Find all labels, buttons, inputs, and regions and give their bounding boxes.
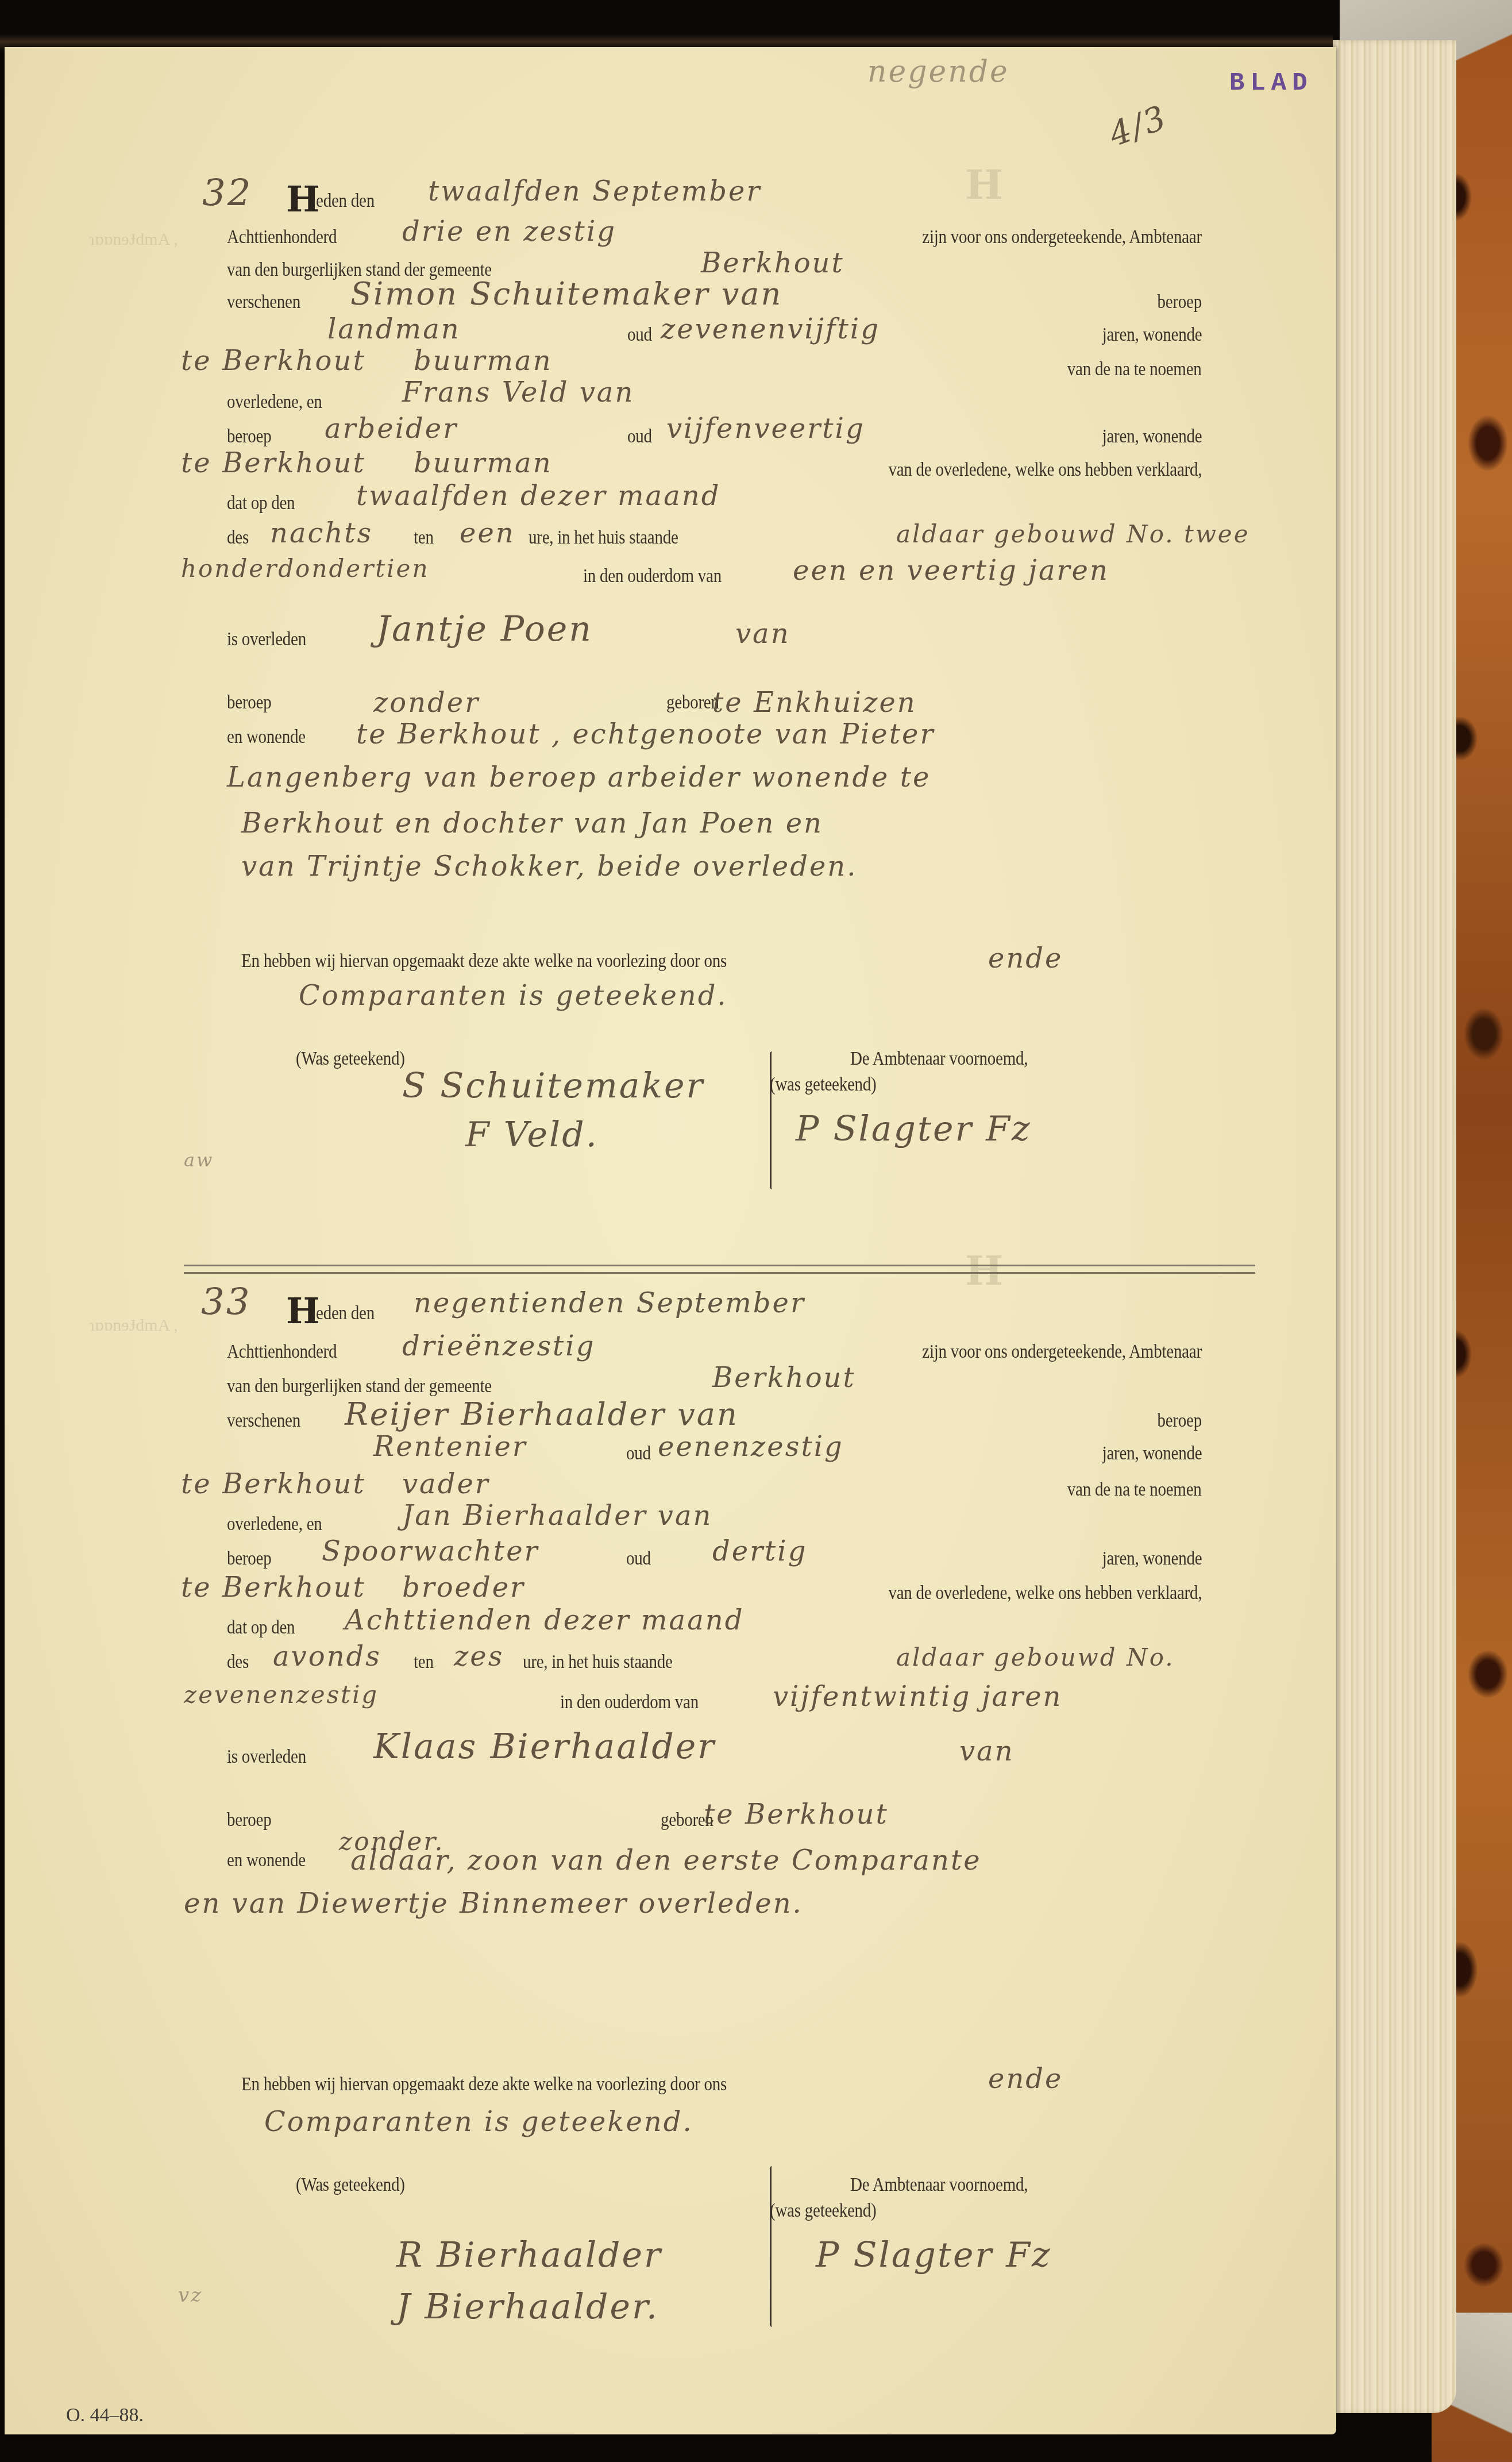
closing-ende: ende	[988, 942, 1063, 974]
informant2-age: dertig	[712, 1535, 807, 1567]
deceased-suffix: van	[959, 1735, 1015, 1767]
deceased-suffix: van	[735, 618, 790, 650]
label-zijn-voor-ons: zijn voor ons ondergeteekende, Ambtenaar	[923, 1342, 1202, 1363]
label-beroep-deceased: beroep	[227, 692, 271, 714]
record-number: 32	[202, 172, 252, 215]
informant1-name: Simon Schuitemaker van	[350, 276, 782, 312]
label-ouderdom: in den ouderdom van	[583, 566, 722, 587]
blad-stamp: BLAD	[1229, 69, 1313, 98]
label-zijn-voor-ons: zijn voor ons ondergeteekende, Ambtenaar	[923, 227, 1202, 248]
signature-official: P Slagter Fz	[796, 1109, 1032, 1149]
informant2-residence: te Berkhout	[181, 447, 366, 479]
label-jaren-wonende-2: jaren, wonende	[1102, 1548, 1202, 1570]
closing-comparanten: Comparanten is geteekend.	[264, 2106, 693, 2138]
label-beroep-deceased: beroep	[227, 1810, 271, 1831]
residence-line-3: Berkhout en dochter van Jan Poen en	[241, 807, 823, 839]
label-ambtenaar-voornoemd: De Ambtenaar voornoemd,	[850, 1049, 1028, 1070]
label-oud: oud	[626, 1443, 651, 1465]
residence-line-1: te Berkhout , echtgenoote van Pieter	[356, 718, 935, 750]
house-continued: honderdondertien	[181, 554, 429, 583]
label-oud-2: oud	[626, 1548, 651, 1570]
label-achttienhonderd: Achttienhonderd	[227, 227, 337, 248]
label-jaren-wonende: jaren, wonende	[1102, 1443, 1202, 1465]
signature-informant-1: S Schuitemaker	[402, 1066, 704, 1106]
house: aldaar gebouwd No.	[896, 1643, 1175, 1671]
year-words: drieënzestig	[402, 1330, 595, 1362]
label-ten: ten	[414, 1652, 434, 1673]
age-at-death: vijfentwintig jaren	[773, 1681, 1062, 1713]
time-of-day: nachts	[270, 517, 373, 549]
label-en-hebben: En hebben wij hiervan opgemaakt deze akt…	[241, 951, 727, 972]
label-heden-den: eden den	[316, 191, 375, 212]
label-ure-huis: ure, in het huis staande	[523, 1652, 673, 1673]
date-day: negentienden September	[414, 1287, 805, 1319]
label-en-wonende: en wonende	[227, 727, 306, 748]
margin-note: vz	[178, 2284, 203, 2307]
closing-ende: ende	[988, 2063, 1063, 2095]
informant2-age: vijfenveertig	[666, 413, 865, 445]
municipality: Berkhout	[701, 247, 844, 279]
label-na-te-noemen: van de na te noemen	[1067, 359, 1202, 380]
label-ambtenaar-voornoemd: De Ambtenaar voornoemd,	[850, 2175, 1028, 2196]
margin-note: aw	[184, 1149, 214, 1171]
house-continued: zevenenzestig	[184, 1681, 379, 1709]
bleed-through-text: ɿɒɒnɘɈdmA ,	[89, 1316, 178, 1335]
informant2-name: Frans Veld van	[402, 376, 634, 409]
informant2-name: Jan Bierhaalder van	[402, 1500, 713, 1532]
closing-comparanten: Comparanten is geteekend.	[299, 980, 728, 1012]
birthplace: te Enkhuizen	[712, 687, 917, 719]
informant2-residence: te Berkhout	[181, 1571, 366, 1604]
heden-initial: H	[286, 1290, 320, 1332]
residence-line-4: van Trijntje Schokker, beide overleden.	[241, 850, 858, 883]
label-was-geteekend-lower: (was geteekend)	[770, 1074, 877, 1096]
signature-brace	[770, 1051, 775, 1189]
label-achttienhonderd: Achttienhonderd	[227, 1342, 337, 1363]
residence-line-2: Langenberg van beroep arbeider wonende t…	[227, 761, 931, 793]
label-van-de-overledene: van de overledene, welke ons hebben verk…	[888, 1583, 1202, 1604]
informant1-residence: te Berkhout	[181, 1468, 366, 1500]
label-beroep: beroep	[1158, 1411, 1202, 1432]
folio-word: negende	[867, 55, 1009, 89]
informant1-occupation: Rentenier	[373, 1431, 527, 1463]
signature-informant-2: F Veld.	[465, 1115, 599, 1155]
house: aldaar gebouwd No. twee	[896, 520, 1250, 548]
label-is-overleden: is overleden	[227, 1747, 306, 1768]
deceased-occupation: zonder	[373, 687, 480, 719]
deceased-name: Jantje Poen	[376, 609, 593, 649]
page-fore-edge	[1333, 40, 1456, 2413]
year-words: drie en zestig	[402, 215, 616, 248]
label-des: des	[227, 527, 249, 549]
label-jaren-wonende-2: jaren, wonende	[1102, 426, 1202, 448]
label-ten: ten	[414, 527, 434, 549]
informant2-occupation: arbeider	[325, 413, 458, 445]
death-day: twaalfden dezer maand	[356, 480, 720, 512]
label-was-geteekend: (Was geteekend)	[296, 1049, 405, 1070]
label-oud: oud	[627, 325, 652, 346]
deceased-name: Klaas Bierhaalder	[373, 1727, 716, 1767]
date-day: twaalfden September	[428, 175, 761, 207]
hour: zes	[454, 1640, 504, 1673]
informant1-age: eenenzestig	[658, 1431, 844, 1463]
birthplace: te Berkhout	[704, 1798, 889, 1831]
signature-official: P Slagter Fz	[816, 2235, 1052, 2275]
record-number: 33	[201, 1281, 251, 1324]
informant1-name: Reijer Bierhaalder van	[345, 1396, 739, 1432]
label-was-geteekend: (Was geteekend)	[296, 2175, 405, 2196]
label-ure-huis: ure, in het huis staande	[529, 527, 678, 549]
bleed-through-text: ɿɒɒnɘɈdmA ,	[89, 230, 178, 249]
label-heden-den: eden den	[316, 1303, 375, 1324]
label-des: des	[227, 1652, 249, 1673]
informant2-occupation: Spoorwachter	[322, 1535, 539, 1567]
heden-initial: H	[286, 178, 320, 220]
label-burgerlijken-stand: van den burgerlijken stand der gemeente	[227, 1376, 492, 1397]
label-verschenen: verschenen	[227, 292, 300, 313]
label-is-overleden: is overleden	[227, 629, 306, 650]
label-na-te-noemen: van de na te noemen	[1067, 1479, 1202, 1501]
label-van-de-overledene: van de overledene, welke ons hebben verk…	[888, 460, 1202, 481]
label-overledene-en: overledene, en	[227, 392, 322, 413]
informant1-age: zevenenvijftig	[661, 313, 880, 345]
residence-line-2: en van Diewertje Binnemeer overleden.	[184, 1887, 803, 1920]
bleed-through-initial: H	[965, 161, 1003, 209]
label-overledene-en: overledene, en	[227, 1514, 322, 1535]
hour: een	[460, 517, 515, 549]
signature-informant-2: J Bierhaalder.	[396, 2287, 659, 2327]
informant2-relation: buurman	[414, 447, 553, 479]
label-verschenen: verschenen	[227, 1411, 300, 1432]
time-of-day: avonds	[273, 1640, 381, 1673]
label-geboren: geboren	[666, 692, 719, 714]
label-jaren-wonende: jaren, wonende	[1102, 325, 1202, 346]
label-dat-op-den: dat op den	[227, 1617, 295, 1639]
age-at-death: een en veertig jaren	[793, 554, 1109, 587]
label-beroep-2: beroep	[227, 426, 271, 448]
signature-informant-1: R Bierhaalder	[396, 2235, 662, 2275]
label-en-wonende: en wonende	[227, 1850, 306, 1871]
informant1-residence: te Berkhout	[181, 345, 366, 377]
death-day: Achttienden dezer maand	[345, 1604, 744, 1636]
informant2-relation: broeder	[402, 1571, 525, 1604]
municipality: Berkhout	[712, 1362, 856, 1394]
label-was-geteekend-lower: (was geteekend)	[770, 2201, 877, 2222]
label-ouderdom: in den ouderdom van	[560, 1692, 699, 1713]
informant1-relation: buurman	[414, 345, 553, 377]
record-divider	[184, 1265, 1255, 1274]
label-dat-op-den: dat op den	[227, 493, 295, 514]
label-beroep: beroep	[1158, 292, 1202, 313]
informant1-relation: vader	[402, 1468, 490, 1500]
label-oud-2: oud	[627, 426, 652, 448]
form-code: O. 44–88.	[66, 2405, 144, 2426]
label-en-hebben: En hebben wij hiervan opgemaakt deze akt…	[241, 2074, 727, 2095]
residence-line-1: aldaar, zoon van den eerste Comparante	[350, 1844, 982, 1877]
signature-brace	[770, 2166, 775, 2327]
informant1-occupation: landman	[327, 313, 461, 345]
label-beroep-2: beroep	[227, 1548, 271, 1570]
